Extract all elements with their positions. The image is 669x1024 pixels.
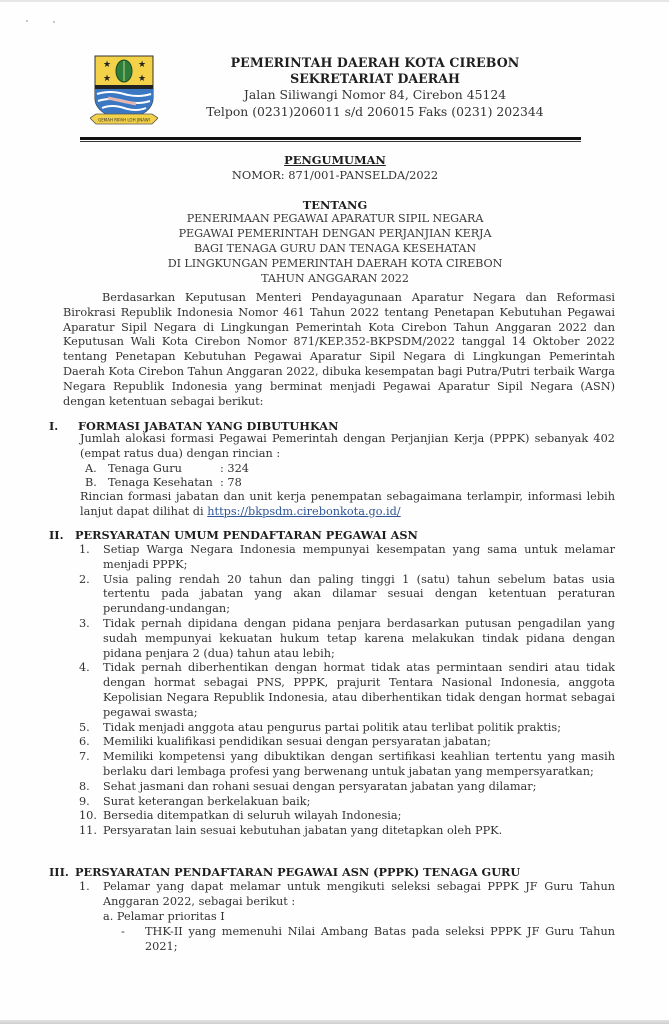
item-number: 1. (79, 543, 90, 558)
about-label: TENTANG (120, 198, 550, 212)
svg-text:★: ★ (103, 74, 111, 84)
item-number: 1. (79, 880, 90, 895)
letterhead-divider (80, 137, 581, 140)
item-number: 7. (79, 750, 90, 765)
scan-speck (26, 20, 28, 22)
item-number: 8. (79, 780, 90, 795)
section-1-number: I. (49, 419, 58, 433)
section-1-footer: Rincian formasi jabatan dan unit kerja p… (80, 490, 615, 520)
list-item: 3.Tidak pernah dipidana dengan pidana pe… (79, 617, 615, 661)
section-1-heading: FORMASI JABATAN YANG DIBUTUHKAN (78, 419, 338, 433)
item-number: 10. (79, 809, 97, 824)
item-text: Bersedia ditempatkan di seluruh wilayah … (103, 809, 401, 822)
breakdown-value: : 324 (220, 462, 249, 477)
item-number: 5. (79, 721, 90, 736)
item-text: Tidak pernah dipidana dengan pidana penj… (103, 617, 615, 660)
section-2-number: II. (49, 528, 64, 542)
list-item: 9.Surat keterangan berkelakuan baik; (79, 795, 615, 810)
priority-1-label: a. Pelamar prioritas I (103, 910, 225, 925)
announcement-number: NOMOR: 871/001-PANSELDA/2022 (120, 168, 550, 182)
breakdown-label: Tenaga Guru (108, 462, 182, 477)
svg-text:★: ★ (138, 60, 146, 70)
svg-text:GEMAH RIPAH LOH JINAWI: GEMAH RIPAH LOH JINAWI (98, 118, 150, 123)
list-item: 11.Persyaratan lain sesuai kebutuhan jab… (79, 824, 615, 839)
breakdown-label: Tenaga Kesehatan (108, 476, 213, 491)
breakdown-value: : 78 (220, 476, 242, 491)
list-item: 8.Sehat jasmani dan rohani sesuai dengan… (79, 780, 615, 795)
svg-text:★: ★ (103, 60, 111, 70)
letterhead-department: SEKRETARIAT DAERAH (190, 71, 560, 86)
intro-paragraph: Berdasarkan Keputusan Menteri Pendayagun… (63, 291, 615, 409)
item-number: 3. (79, 617, 90, 632)
item-number: 6. (79, 735, 90, 750)
section-2-heading: PERSYARATAN UMUM PENDAFTARAN PEGAWAI ASN (75, 528, 418, 542)
item-text: Surat keterangan berkelakuan baik; (103, 795, 310, 808)
section-3-item-1-text: Pelamar yang dapat melamar untuk mengiku… (103, 880, 615, 910)
priority-1-bullet-text: THK-II yang memenuhi Nilai Ambang Batas … (145, 925, 615, 955)
subject-line: BAGI TENAGA GURU DAN TENAGA KESEHATAN (120, 242, 550, 255)
list-item: 6.Memiliki kualifikasi pendidikan sesuai… (79, 735, 615, 750)
section-3-number: III. (49, 865, 69, 879)
item-number: 9. (79, 795, 90, 810)
scan-speck (53, 21, 55, 23)
scan-top-edge (0, 0, 669, 2)
list-item: 5.Tidak menjadi anggota atau pengurus pa… (79, 721, 615, 736)
svg-text:★: ★ (138, 74, 146, 84)
cirebon-coat-of-arms-icon: ★ ★ ★ ★ GEMAH RIPAH LOH JINAWI (90, 54, 158, 128)
letterhead-divider-thin (80, 141, 581, 142)
breakdown-letter: A. (85, 462, 97, 477)
list-item: 7.Memiliki kompetensi yang dibuktikan de… (79, 750, 615, 780)
item-text: Usia paling rendah 20 tahun dan paling t… (103, 573, 615, 616)
item-number: 11. (79, 824, 97, 839)
subject-line: DI LINGKUNGAN PEMERINTAH DAERAH KOTA CIR… (120, 257, 550, 270)
item-number: 2. (79, 573, 90, 588)
intro-text: Berdasarkan Keputusan Menteri Pendayagun… (63, 291, 615, 408)
bkpsdm-link[interactable]: https://bkpsdm.cirebonkota.go.id/ (207, 505, 400, 518)
item-text: Setiap Warga Negara Indonesia mempunyai … (103, 543, 615, 571)
letterhead-phone: Telpon (0231)206011 s/d 206015 Faks (023… (180, 104, 570, 119)
subject-line: PEGAWAI PEMERINTAH DENGAN PERJANJIAN KER… (120, 227, 550, 240)
item-text: Memiliki kompetensi yang dibuktikan deng… (103, 750, 615, 778)
item-text: Tidak pernah diberhentikan dengan hormat… (103, 661, 615, 718)
section-3-heading: PERSYARATAN PENDAFTARAN PEGAWAI ASN (PPP… (75, 865, 520, 879)
section-1-text: Jumlah alokasi formasi Pegawai Pemerinta… (80, 432, 615, 462)
item-text: Memiliki kualifikasi pendidikan sesuai d… (103, 735, 491, 748)
scan-bottom-edge (0, 1020, 669, 1024)
subject-line: TAHUN ANGGARAN 2022 (120, 272, 550, 285)
letterhead-address: Jalan Siliwangi Nomor 84, Cirebon 45124 (180, 87, 570, 102)
document-page: ★ ★ ★ ★ GEMAH RIPAH LOH JINAWI PEMERINTA… (0, 0, 669, 1024)
item-text: Sehat jasmani dan rohani sesuai dengan p… (103, 780, 537, 793)
list-item: 10.Bersedia ditempatkan di seluruh wilay… (79, 809, 615, 824)
item-text: Persyaratan lain sesuai kebutuhan jabata… (103, 824, 502, 837)
list-item: 4.Tidak pernah diberhentikan dengan horm… (79, 661, 615, 720)
list-item: 1.Setiap Warga Negara Indonesia mempunya… (79, 543, 615, 573)
bullet-marker: - (121, 925, 125, 940)
list-item: 2.Usia paling rendah 20 tahun dan paling… (79, 573, 615, 617)
announcement-title: PENGUMUMAN (120, 153, 550, 167)
general-requirements-list: 1.Setiap Warga Negara Indonesia mempunya… (79, 543, 615, 839)
subject-line: PENERIMAAN PEGAWAI APARATUR SIPIL NEGARA (120, 212, 550, 225)
item-number: 4. (79, 661, 90, 676)
letterhead-government: PEMERINTAH DAERAH KOTA CIREBON (190, 55, 560, 70)
breakdown-letter: B. (85, 476, 97, 491)
item-text: Tidak menjadi anggota atau pengurus part… (103, 721, 561, 734)
